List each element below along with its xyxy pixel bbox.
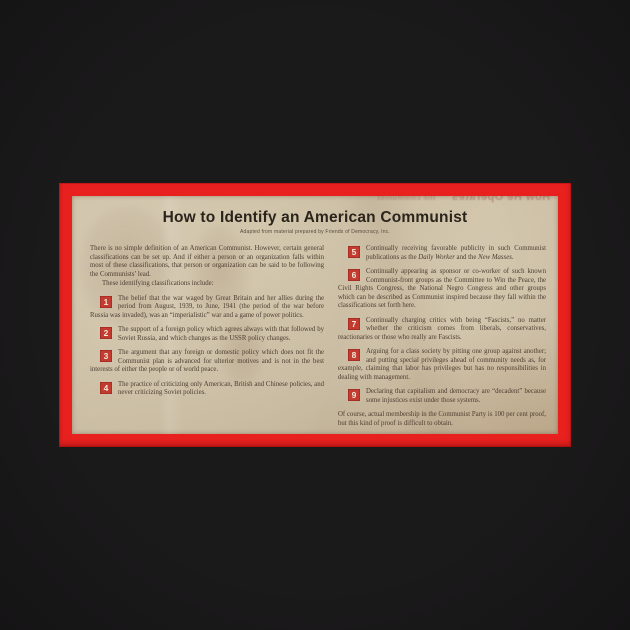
leaflet-red-border: How He Operates the communist How to Ide… xyxy=(59,183,571,447)
item-number-badge: 3 xyxy=(100,350,112,362)
list-item-1: 1The belief that the war waged by Great … xyxy=(90,295,324,321)
closing-paragraph: Of course, actual membership in the Comm… xyxy=(338,411,546,428)
list-item-2: 2The support of a foreign policy which a… xyxy=(90,326,324,343)
item-number-badge: 1 xyxy=(100,296,112,308)
item-number-badge: 4 xyxy=(100,382,112,394)
item-text: Arguing for a class society by pitting o… xyxy=(338,348,546,381)
ghost-subheading-text: the communist xyxy=(377,196,436,202)
list-item-8: 8Arguing for a class society by pitting … xyxy=(338,348,546,382)
include-line: These identifying classifications includ… xyxy=(90,280,324,289)
list-item-7: 7Continually charging critics with being… xyxy=(338,317,546,343)
item-number-badge: 2 xyxy=(100,327,112,339)
list-item-4: 4The practice of criticizing only Americ… xyxy=(90,381,324,398)
screenshot-root: { "poster": { "colors": { "background": … xyxy=(0,0,630,630)
item-number-badge: 6 xyxy=(348,269,360,281)
item-text: The argument that any foreign or domesti… xyxy=(90,349,324,373)
mirrored-bleedthrough-text: How He Operates the communist xyxy=(377,196,550,203)
item-number-badge: 5 xyxy=(348,246,360,258)
item-text: The practice of criticizing only America… xyxy=(118,381,324,397)
list-item-5: 5Continually receiving favorable publici… xyxy=(338,245,546,262)
ghost-heading-text: How He Operates xyxy=(451,196,550,203)
right-column: 5Continually receiving favorable publici… xyxy=(338,245,546,434)
item-number-badge: 8 xyxy=(348,349,360,361)
page-title: How to Identify an American Communist xyxy=(78,209,552,227)
intro-paragraph: There is no simple definition of an Amer… xyxy=(90,245,324,279)
item-text: The support of a foreign policy which ag… xyxy=(118,326,324,342)
item-text: . xyxy=(512,254,514,261)
item-number-badge: 7 xyxy=(348,318,360,330)
item-text: and the xyxy=(455,254,478,261)
publication-name: Daily Worker xyxy=(418,254,455,261)
leaflet-paper: How He Operates the communist How to Ide… xyxy=(72,196,558,434)
publication-name: New Masses xyxy=(478,254,512,261)
photo-background: How He Operates the communist How to Ide… xyxy=(0,0,630,630)
item-text: Continually charging critics with being … xyxy=(338,317,546,341)
list-item-9: 9Declaring that capitalism and democracy… xyxy=(338,388,546,405)
list-item-6: 6Continually appearing as sponsor or co-… xyxy=(338,268,546,311)
item-text: The belief that the war waged by Great B… xyxy=(90,295,324,319)
list-item-3: 3The argument that any foreign or domest… xyxy=(90,349,324,375)
item-number-badge: 9 xyxy=(348,389,360,401)
two-column-body: There is no simple definition of an Amer… xyxy=(72,235,558,434)
left-column: There is no simple definition of an Amer… xyxy=(90,245,324,434)
item-text: Declaring that capitalism and democracy … xyxy=(366,388,546,404)
item-text: Continually appearing as sponsor or co-w… xyxy=(338,268,546,309)
